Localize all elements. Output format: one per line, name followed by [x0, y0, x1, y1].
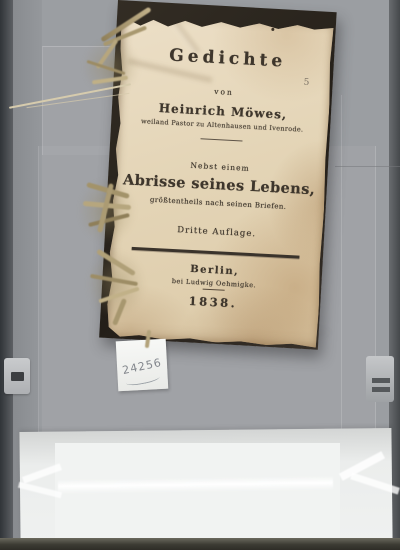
- photo-stage: Gedichte von Heinrich Möwes, weiland Pas…: [0, 0, 400, 550]
- inventory-number: 24256: [116, 355, 168, 378]
- edition-note: Dritte Auflage.: [111, 222, 323, 243]
- sleeve-seam-horizontal: [335, 166, 400, 167]
- divider-rule-small: [200, 138, 242, 141]
- divider-rule-thick: [132, 247, 300, 258]
- divider-rule-tiny: [203, 289, 225, 291]
- binder-clip-left-jaw: [11, 372, 24, 381]
- inventory-label: 24256: [116, 339, 169, 392]
- binder-clip-right-jaw: [372, 378, 390, 383]
- ink-dot: [271, 28, 274, 31]
- sleeve-seam-vertical: [341, 95, 342, 435]
- bottom-edge-bar: [0, 538, 400, 550]
- pencil-mark: 5: [303, 78, 309, 88]
- surface-left-shadow-edge: [0, 0, 13, 550]
- byline: von: [118, 82, 330, 102]
